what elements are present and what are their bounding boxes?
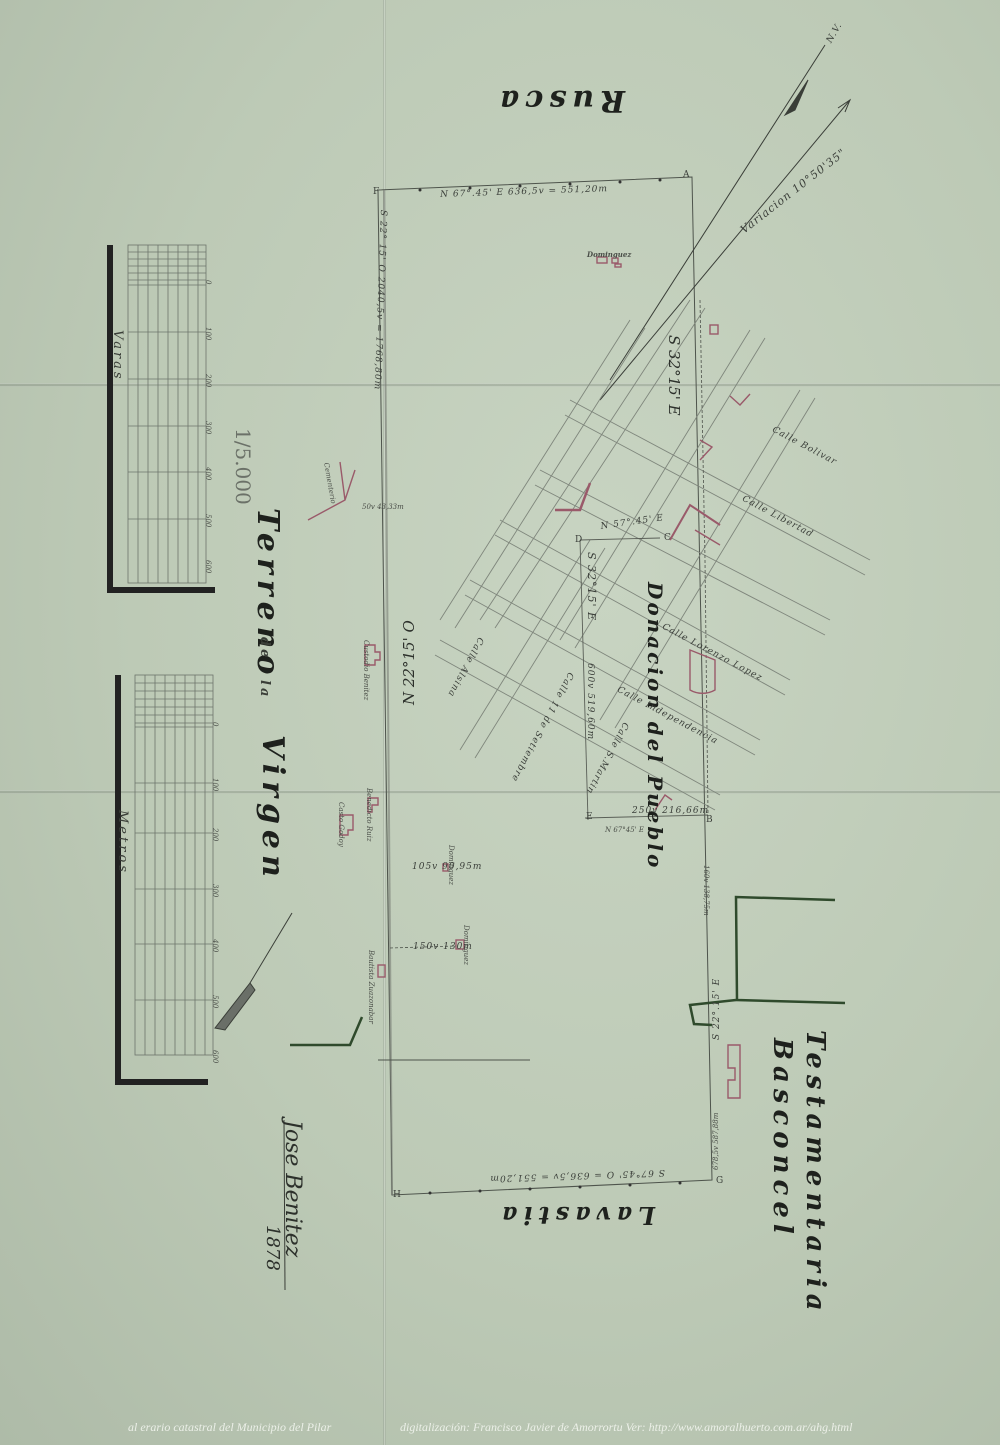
- scale-ratio: 1/5.000: [231, 428, 255, 505]
- corner-b: B: [706, 815, 714, 825]
- corner-f: F: [373, 187, 380, 197]
- region-label-lavastia: Lavastia: [496, 1201, 655, 1230]
- owner-area: 50v 43,33m: [362, 503, 404, 511]
- scale-tick: 300: [204, 421, 212, 434]
- owner-label: Bautista Zuazonabar: [367, 950, 375, 1024]
- owner-label: Casto Godoy: [337, 802, 345, 847]
- scale-tick: 600: [204, 560, 212, 573]
- scale-tick: 200: [211, 828, 219, 841]
- scale-bar-metros: [118, 675, 213, 1082]
- bearing-west-mid: N 22°15' O: [400, 620, 418, 705]
- scale-tick: 100: [211, 778, 219, 791]
- tract-250: 250v 216,66m: [632, 806, 709, 816]
- center-line-distance: 600v 519,60m: [585, 663, 595, 740]
- scale-tick: 500: [211, 995, 219, 1008]
- corner-h: H: [393, 1190, 402, 1200]
- owner-area: 105v 90,95m: [412, 862, 482, 872]
- corner-c: C: [664, 533, 672, 543]
- footer-credit-left: al erario catastral del Municipio del Pi…: [128, 1420, 331, 1435]
- north-arrow: [600, 45, 850, 400]
- owner-label: Dominguez: [587, 250, 631, 259]
- east-upper-distance: 160v 138,75m: [702, 865, 710, 916]
- scale-tick: 0: [211, 722, 219, 726]
- scale-tick: 200: [204, 374, 212, 387]
- region-label-virgen: Virgen: [255, 735, 290, 883]
- tract-bearing: N 67°45' E: [605, 826, 644, 834]
- region-label-testamentaria: Testamentaria: [800, 1030, 830, 1317]
- scale-tick: 0: [204, 280, 212, 284]
- scale-tick: 400: [211, 939, 219, 952]
- scale-tick: 400: [204, 467, 212, 480]
- scale-unit-varas: Varas: [110, 330, 125, 382]
- corner-a: A: [683, 170, 691, 180]
- bearing-ne: S 32°15' E: [665, 335, 683, 416]
- scale-tick: 500: [204, 514, 212, 527]
- scale-unit-metros: Metros: [115, 810, 130, 875]
- corner-g: G: [716, 1176, 724, 1186]
- surveyor-signature: Jose Benitez: [280, 1120, 305, 1257]
- feather-arrow: [215, 913, 292, 1030]
- scale-bar-varas: [110, 245, 215, 590]
- region-label-de: de: [257, 637, 272, 660]
- scale-tick: 600: [211, 1050, 219, 1063]
- scale-tick: 100: [204, 327, 212, 340]
- corner-e: E: [586, 812, 594, 822]
- region-label-basconcel: Basconcel: [767, 1038, 797, 1240]
- east-distance: 678,5v 587,88m: [712, 1113, 720, 1170]
- owner-area: 150v 130m: [413, 942, 473, 952]
- scale-tick: 300: [211, 884, 219, 897]
- bearing-east-lower: S 22°.15' E: [712, 978, 722, 1040]
- region-label-rusca: Rusca: [494, 83, 625, 118]
- region-label-la: la: [257, 680, 272, 699]
- footer-credit-right: digitalización: Francisco Javier de Amor…: [400, 1420, 852, 1435]
- corner-d: D: [575, 535, 583, 545]
- owner-label: Benedicto Ruiz: [365, 788, 373, 842]
- owner-label: Custodio Benitez: [362, 640, 370, 700]
- map-sheet: Rusca Terreno de la Virgen Donacion del …: [0, 0, 1000, 1445]
- bearing-center: S 32°15' E: [585, 552, 598, 621]
- map-year: 1878: [262, 1225, 283, 1271]
